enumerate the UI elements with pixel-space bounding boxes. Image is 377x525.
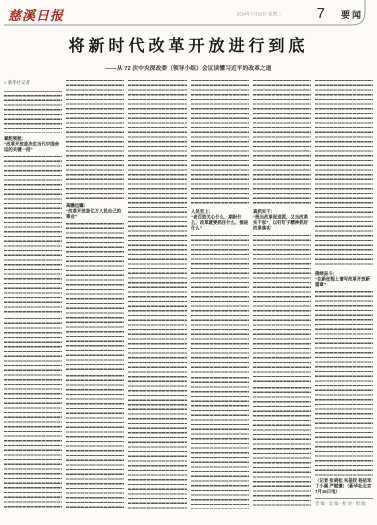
subhead-1-quote: “改革开放是决定当代中国命运的关键一招” — [4, 142, 59, 152]
reporter-credit: （记者 张晓松 朱基钗 杨依军 丁小溪 严赋憬）（新华社北京7月15日电） — [315, 478, 373, 495]
subhead-3-quote: “老百姓关心什么、期盼什么，改革就要抓住什么、推进什么” — [191, 215, 248, 231]
body-text-block — [253, 80, 311, 206]
body-column-6: 接续奋斗：“在新征程上谱写改革开放新篇章” （记者 张晓松 朱基钗 杨依军 丁小… — [315, 80, 373, 509]
article-headline: 将新时代改革开放进行到底 — [0, 33, 377, 56]
body-text-block — [66, 223, 124, 373]
newspaper-masthead: 慈溪日报 — [8, 5, 64, 24]
article-subtitle-row: ——从 72 次中央深改委（领导小组）会议读懂习近平的改革之道 — [0, 62, 377, 72]
article-body-columns: □ 新华社记者 掌舵领航：“改革开放是决定当代中国命运的关键一招” 高瞻远瞩：“… — [4, 80, 373, 509]
subhead-4-quote: “既当改革促进派，又当改革实干家”，以钉钉子精神抓好改革落实 — [253, 215, 308, 231]
body-text-block — [315, 291, 373, 476]
subhead-4: 真抓实干：“既当改革促进派，又当改革实干家”，以钉钉子精神抓好改革落实 — [253, 209, 311, 232]
body-column-5: 真抓实干：“既当改革促进派，又当改革实干家”，以钉钉子精神抓好改革落实 — [253, 80, 311, 509]
subhead-3: 人民至上：“老百姓关心什么、期盼什么，改革就要抓住什么、推进什么” — [191, 209, 249, 232]
page-number: 7 — [317, 5, 325, 22]
body-text-block — [191, 235, 249, 375]
reporter-credit-text: （记者 张晓松 朱基钗 杨依军 丁小溪 严赋憬）（新华社北京7月15日电） — [315, 478, 373, 495]
body-text-block — [253, 387, 311, 509]
page-footer: 责编·美编·校对·组版 — [315, 498, 373, 509]
section-label: 要闻 — [341, 8, 363, 21]
subhead-2-quote: “改革开放是亿万人民自己的事业” — [66, 209, 121, 219]
subhead-3-label: 人民至上： — [191, 209, 213, 214]
body-text-block — [66, 375, 124, 509]
newspaper-page: 慈溪日报 2024年7月16日 星期二 7 要闻 将新时代改革开放进行到底 ——… — [0, 0, 377, 525]
body-text-block — [128, 80, 186, 280]
body-text-block — [191, 80, 249, 206]
subhead-5-label: 接续奋斗： — [315, 271, 337, 276]
subhead-1-label: 掌舵领航： — [4, 136, 26, 141]
body-column-2: 高瞻远瞩：“改革开放是亿万人民自己的事业” — [66, 80, 124, 509]
subhead-5-text: 接续奋斗：“在新征程上谱写改革开放新篇章” — [315, 271, 373, 288]
subhead-4-label: 真抓实干： — [253, 209, 275, 214]
body-text-block — [4, 95, 62, 133]
body-text-block — [128, 282, 186, 402]
body-text-block — [4, 156, 62, 316]
body-text-block — [191, 377, 249, 509]
body-text-block — [315, 80, 373, 268]
byline-text: □ 新华社记者 — [4, 80, 62, 86]
page-footer-text: 责编·美编·校对·组版 — [315, 501, 373, 507]
body-text-block — [253, 235, 311, 385]
subhead-5: 接续奋斗：“在新征程上谱写改革开放新篇章” — [315, 271, 373, 288]
body-column-4: 人民至上：“老百姓关心什么、期盼什么，改革就要抓住什么、推进什么” — [191, 80, 249, 509]
subhead-4-text: 真抓实干：“既当改革促进派，又当改革实干家”，以钉钉子精神抓好改革落实 — [253, 209, 311, 231]
subhead-5-quote: “在新征程上谱写改革开放新篇章” — [315, 277, 370, 287]
subhead-1: 掌舵领航：“改革开放是决定当代中国命运的关键一招” — [4, 136, 62, 153]
body-text-block — [66, 80, 124, 200]
subhead-2-label: 高瞻远瞩： — [66, 203, 88, 208]
edition-date: 2024年7月16日 星期二 — [236, 11, 281, 17]
body-text-block — [4, 318, 62, 509]
subhead-2: 高瞻远瞩：“改革开放是亿万人民自己的事业” — [66, 203, 124, 220]
article-subtitle: ——从 72 次中央深改委（领导小组）会议读懂习近平的改革之道 — [105, 63, 271, 72]
subhead-2-text: 高瞻远瞩：“改革开放是亿万人民自己的事业” — [66, 203, 124, 220]
subhead-1-text: 掌舵领航：“改革开放是决定当代中国命运的关键一招” — [4, 136, 62, 153]
byline: □ 新华社记者 — [4, 80, 62, 92]
body-column-3 — [128, 80, 186, 509]
body-column-1: □ 新华社记者 掌舵领航：“改革开放是决定当代中国命运的关键一招” — [4, 80, 62, 509]
subhead-3-text: 人民至上：“老百姓关心什么、期盼什么，改革就要抓住什么、推进什么” — [191, 209, 249, 231]
body-text-block — [128, 404, 186, 509]
